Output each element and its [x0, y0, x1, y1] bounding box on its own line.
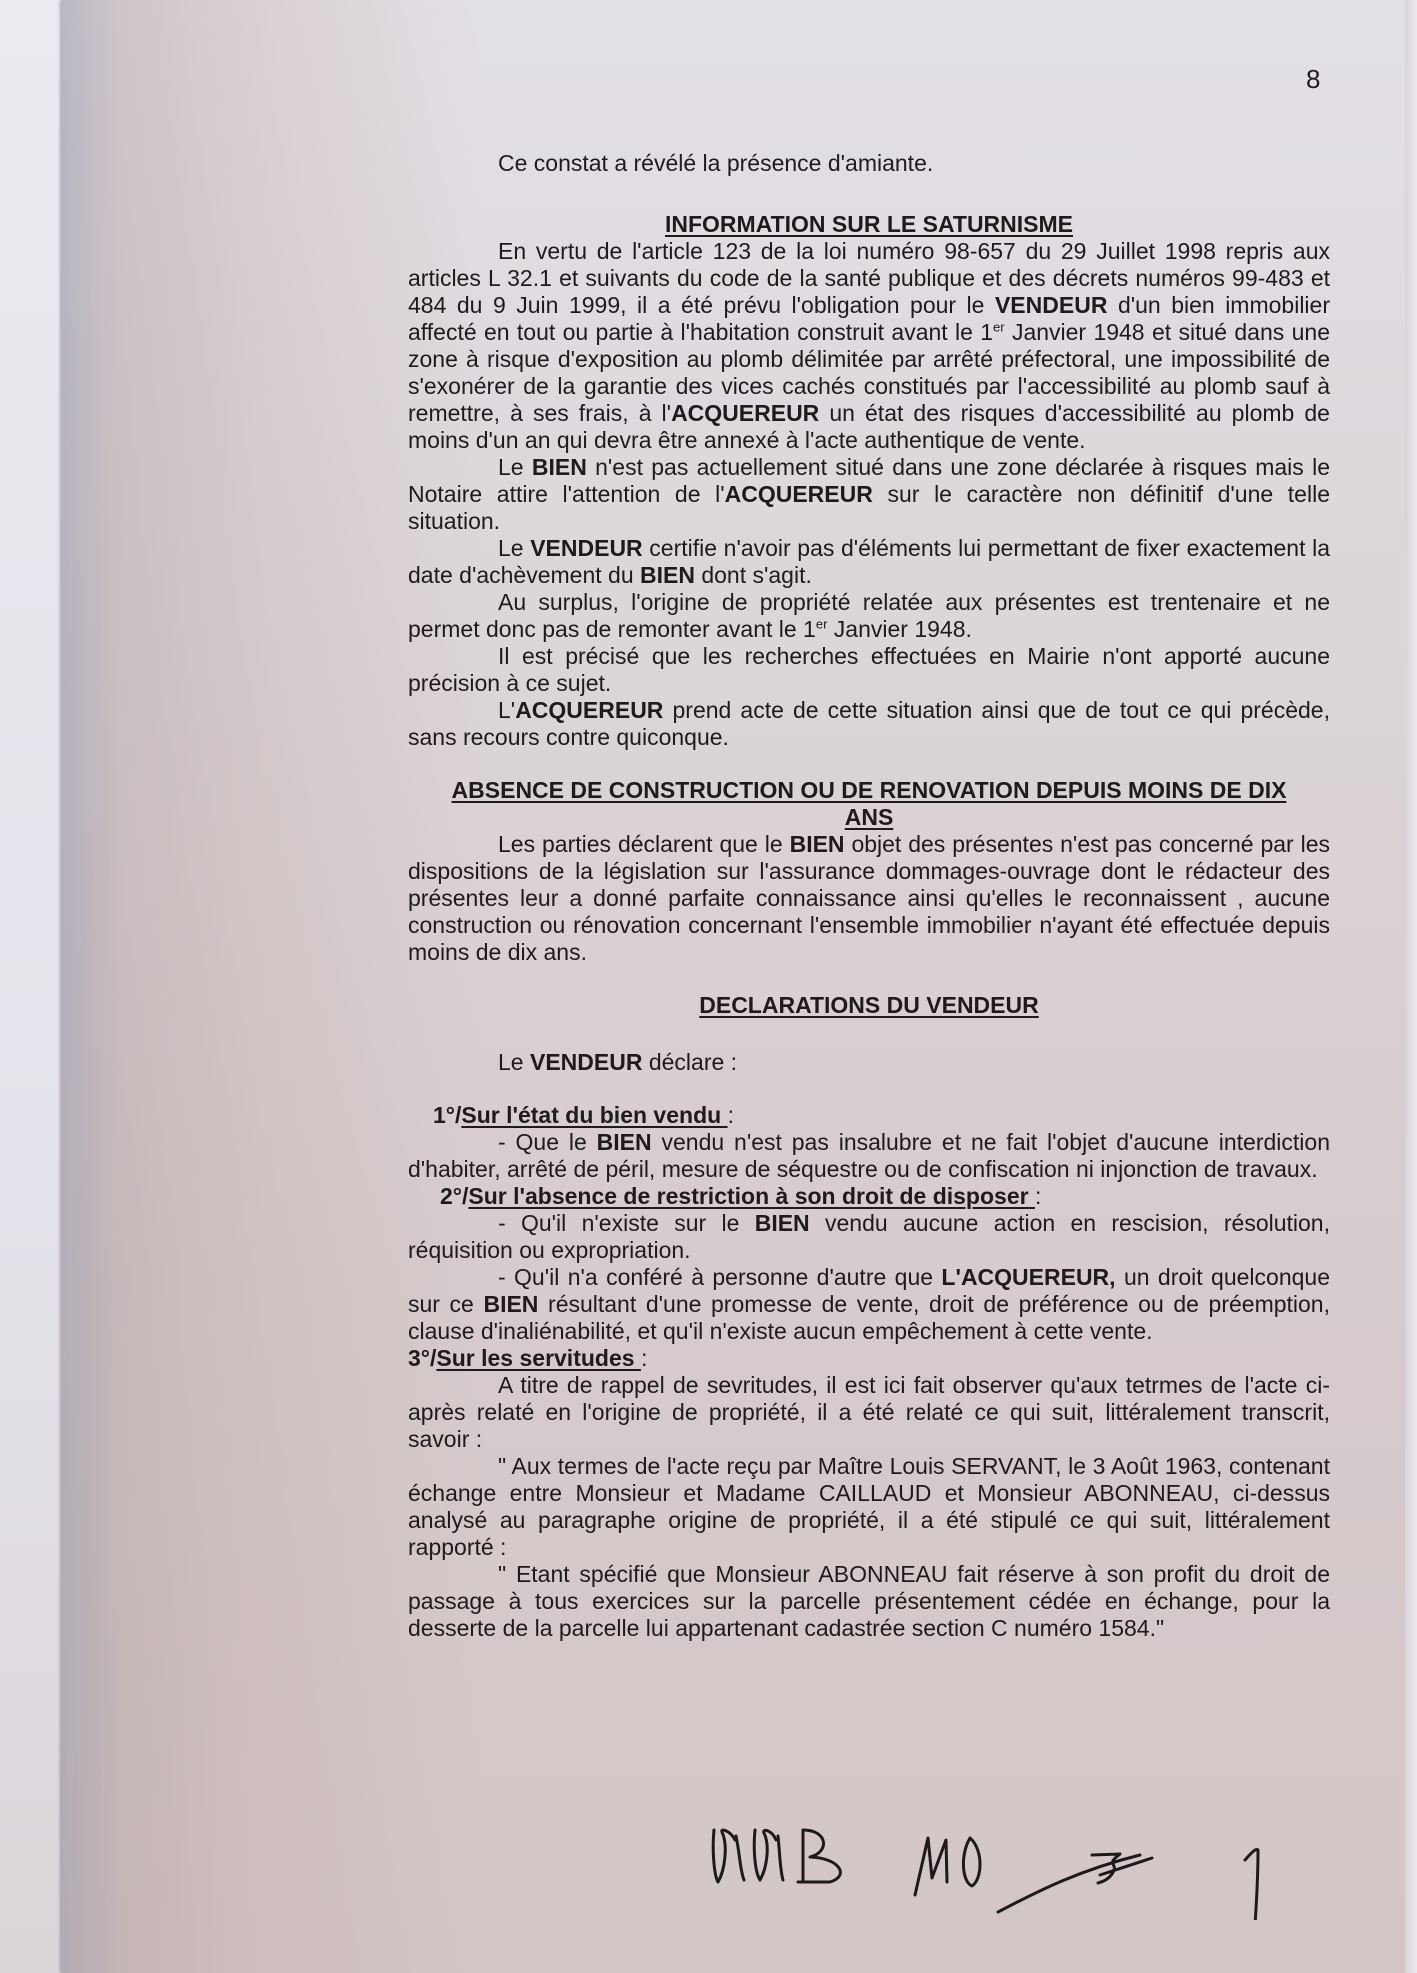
subheading-etat-du-bien: 1°/Sur l'état du bien vendu :	[408, 1102, 1330, 1129]
section-declarations-vendeur: DECLARATIONS DU VENDEUR Le VENDEUR décla…	[408, 992, 1330, 1642]
paragraph: En vertu de l'article 123 de la loi numé…	[408, 238, 1330, 454]
paragraph: Le BIEN n'est pas actuellement situé dan…	[408, 454, 1330, 535]
quoted-paragraph: " Aux termes de l'acte reçu par Maître L…	[408, 1453, 1330, 1561]
quoted-paragraph: " Etant spécifié que Monsieur ABONNEAU f…	[408, 1561, 1330, 1642]
underlying-page-edge	[0, 0, 70, 1973]
paragraph: Les parties déclarent que le BIEN objet …	[408, 831, 1330, 966]
intro-sentence: Ce constat a révélé la présence d'amiant…	[408, 150, 1330, 177]
list-item: - Que le BIEN vendu n'est pas insalubre …	[408, 1129, 1330, 1183]
paragraph: Au surplus, l'origine de propriété relat…	[408, 589, 1330, 643]
paragraph: Le VENDEUR certifie n'avoir pas d'élémen…	[408, 535, 1330, 589]
subheading-restriction-droit: 2°/Sur l'absence de restriction à son dr…	[408, 1183, 1330, 1210]
subheading-servitudes: 3°/Sur les servitudes :	[408, 1345, 1330, 1372]
heading-saturnisme: INFORMATION SUR LE SATURNISME	[408, 211, 1330, 238]
paragraph: L'ACQUEREUR prend acte de cette situatio…	[408, 697, 1330, 751]
section-saturnisme: INFORMATION SUR LE SATURNISME En vertu d…	[408, 211, 1330, 751]
page-right-edge	[1405, 0, 1417, 1973]
list-item: - Qu'il n'a conféré à personne d'autre q…	[408, 1264, 1330, 1345]
heading-declarations-vendeur: DECLARATIONS DU VENDEUR	[408, 992, 1330, 1019]
page-number: 8	[1306, 64, 1320, 95]
document-body: Ce constat a révélé la présence d'amiant…	[408, 150, 1330, 1642]
paragraph: Il est précisé que les recherches effect…	[408, 643, 1330, 697]
section-absence-construction: ABSENCE DE CONSTRUCTION OU DE RENOVATION…	[408, 777, 1330, 966]
heading-absence-construction-line1: ABSENCE DE CONSTRUCTION OU DE RENOVATION…	[408, 777, 1330, 804]
list-item: - Qu'il n'existe sur le BIEN vendu aucun…	[408, 1210, 1330, 1264]
paragraph: A titre de rappel de sevritudes, il est …	[408, 1372, 1330, 1453]
declarations-intro: Le VENDEUR déclare :	[408, 1049, 1330, 1076]
handwritten-initials-signature	[700, 1800, 1320, 1920]
heading-absence-construction-line2: ANS	[408, 804, 1330, 831]
